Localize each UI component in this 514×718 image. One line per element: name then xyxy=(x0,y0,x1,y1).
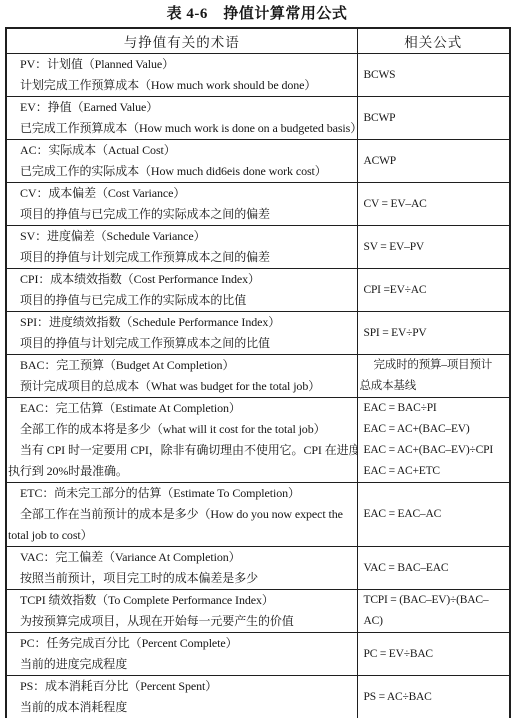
term-line: 当有 CPI 时一定要用 CPI，除非有确切理由不使用它。CPI 在进度 xyxy=(7,440,357,461)
table-row: PV：计划值（Planned Value）计划完成工作预算成本（How much… xyxy=(6,54,510,97)
column-header-formulas: 相关公式 xyxy=(357,28,510,54)
term-cell: TCPI 绩效指数（To Complete Performance Index）… xyxy=(6,590,357,633)
formula-line: ACWP xyxy=(358,151,510,172)
formula-line: 完成时的预算–项目预计 xyxy=(358,355,510,376)
formula-cell: BCWP xyxy=(357,97,510,140)
formula-line: EAC = EAC–AC xyxy=(358,504,510,525)
term-line: TCPI 绩效指数（To Complete Performance Index） xyxy=(7,590,357,611)
term-line: total job to cost） xyxy=(7,525,357,546)
term-cell: ETC：尚未完工部分的估算（Estimate To Completion）全部工… xyxy=(6,483,357,547)
term-line: 项目的挣值与计划完成工作预算成本之间的比值 xyxy=(7,333,357,354)
formula-cell: TCPI = (BAC–EV)÷(BAC–AC) xyxy=(357,590,510,633)
term-line: PV：计划值（Planned Value） xyxy=(7,54,357,75)
earned-value-formula-table: 与挣值有关的术语 相关公式 PV：计划值（Planned Value）计划完成工… xyxy=(5,27,511,718)
term-line: 全部工作的成本将是多少（what will it cost for the to… xyxy=(7,419,357,440)
term-line: 为按预算完成项目，从现在开始每一元要产生的价值 xyxy=(7,611,357,632)
term-line: ETC：尚未完工部分的估算（Estimate To Completion） xyxy=(7,483,357,504)
term-line: 当前的进度完成程度 xyxy=(7,654,357,675)
term-line: CPI：成本绩效指数（Cost Performance Index） xyxy=(7,269,357,290)
term-cell: EAC：完工估算（Estimate At Completion）全部工作的成本将… xyxy=(6,398,357,483)
formula-line: BCWS xyxy=(358,65,510,86)
term-line: EV：挣值（Earned Value） xyxy=(7,97,357,118)
term-line: 项目的挣值与已完成工作的实际成本之间的偏差 xyxy=(7,204,357,225)
formula-cell: SV = EV–PV xyxy=(357,226,510,269)
formula-line: EAC = AC+ETC xyxy=(358,461,510,482)
formula-line: CPI =EV÷AC xyxy=(358,280,510,301)
formula-cell: VAC = BAC–EAC xyxy=(357,547,510,590)
term-line: CV：成本偏差（Cost Variance） xyxy=(7,183,357,204)
table-row: VAC：完工偏差（Variance At Completion）按照当前预计，项… xyxy=(6,547,510,590)
term-cell: BAC：完工预算（Budget At Completion）预计完成项目的总成本… xyxy=(6,355,357,398)
formula-line: SV = EV–PV xyxy=(358,237,510,258)
formula-cell: 完成时的预算–项目预计总成本基线 xyxy=(357,355,510,398)
formula-line: AC) xyxy=(358,611,510,632)
formula-cell: CV = EV–AC xyxy=(357,183,510,226)
formula-cell: EAC = BAC÷PIEAC = AC+(BAC–EV)EAC = AC+(B… xyxy=(357,398,510,483)
term-line: 预计完成项目的总成本（What was budget for the total… xyxy=(7,376,357,397)
term-line: SV：进度偏差（Schedule Variance） xyxy=(7,226,357,247)
term-cell: AC：实际成本（Actual Cost）已完成工作的实际成本（How much … xyxy=(6,140,357,183)
table-body: PV：计划值（Planned Value）计划完成工作预算成本（How much… xyxy=(6,54,510,718)
term-cell: CPI：成本绩效指数（Cost Performance Index）项目的挣值与… xyxy=(6,269,357,312)
table-row: CPI：成本绩效指数（Cost Performance Index）项目的挣值与… xyxy=(6,269,510,312)
term-cell: CV：成本偏差（Cost Variance）项目的挣值与已完成工作的实际成本之间… xyxy=(6,183,357,226)
term-line: PS：成本消耗百分比（Percent Spent） xyxy=(7,676,357,697)
formula-cell: PS = AC÷BAC xyxy=(357,676,510,718)
column-header-terms: 与挣值有关的术语 xyxy=(6,28,357,54)
document-page: 表 4-6 挣值计算常用公式 与挣值有关的术语 相关公式 PV：计划值（Plan… xyxy=(0,0,514,718)
term-line: VAC：完工偏差（Variance At Completion） xyxy=(7,547,357,568)
formula-line: EAC = AC+(BAC–EV) xyxy=(358,419,510,440)
term-line: 已完成工作的实际成本（How much did6eis done work co… xyxy=(7,161,357,182)
table-row: SPI：进度绩效指数（Schedule Performance Index）项目… xyxy=(6,312,510,355)
formula-line: EAC = AC+(BAC–EV)÷CPI xyxy=(358,440,510,461)
table-row: PC：任务完成百分比（Percent Complete）当前的进度完成程度PC … xyxy=(6,633,510,676)
formula-line: 总成本基线 xyxy=(358,376,510,397)
table-row: SV：进度偏差（Schedule Variance）项目的挣值与计划完成工作预算… xyxy=(6,226,510,269)
formula-line: VAC = BAC–EAC xyxy=(358,558,510,579)
table-row: BAC：完工预算（Budget At Completion）预计完成项目的总成本… xyxy=(6,355,510,398)
formula-cell: EAC = EAC–AC xyxy=(357,483,510,547)
term-line: 执行到 20%时最准确。 xyxy=(7,461,357,482)
formula-cell: BCWS xyxy=(357,54,510,97)
term-line: BAC：完工预算（Budget At Completion） xyxy=(7,355,357,376)
table-row: AC：实际成本（Actual Cost）已完成工作的实际成本（How much … xyxy=(6,140,510,183)
term-cell: PS：成本消耗百分比（Percent Spent）当前的成本消耗程度 xyxy=(6,676,357,718)
header-row: 与挣值有关的术语 相关公式 xyxy=(6,28,510,54)
table-row: EV：挣值（Earned Value）已完成工作预算成本（How much wo… xyxy=(6,97,510,140)
term-cell: PV：计划值（Planned Value）计划完成工作预算成本（How much… xyxy=(6,54,357,97)
term-line: 项目的挣值与计划完成工作预算成本之间的偏差 xyxy=(7,247,357,268)
term-line: 已完成工作预算成本（How much work is done on a bud… xyxy=(7,118,357,139)
formula-cell: SPI = EV÷PV xyxy=(357,312,510,355)
table-row: CV：成本偏差（Cost Variance）项目的挣值与已完成工作的实际成本之间… xyxy=(6,183,510,226)
table-caption: 表 4-6 挣值计算常用公式 xyxy=(0,0,514,25)
term-line: AC：实际成本（Actual Cost） xyxy=(7,140,357,161)
term-cell: EV：挣值（Earned Value）已完成工作预算成本（How much wo… xyxy=(6,97,357,140)
term-line: SPI：进度绩效指数（Schedule Performance Index） xyxy=(7,312,357,333)
formula-cell: ACWP xyxy=(357,140,510,183)
term-line: EAC：完工估算（Estimate At Completion） xyxy=(7,398,357,419)
formula-line: BCWP xyxy=(358,108,510,129)
table-row: ETC：尚未完工部分的估算（Estimate To Completion）全部工… xyxy=(6,483,510,547)
formula-line: EAC = BAC÷PI xyxy=(358,398,510,419)
table-row: TCPI 绩效指数（To Complete Performance Index）… xyxy=(6,590,510,633)
term-line: 项目的挣值与已完成工作的实际成本的比值 xyxy=(7,290,357,311)
table-row: EAC：完工估算（Estimate At Completion）全部工作的成本将… xyxy=(6,398,510,483)
formula-cell: CPI =EV÷AC xyxy=(357,269,510,312)
term-cell: SPI：进度绩效指数（Schedule Performance Index）项目… xyxy=(6,312,357,355)
term-line: 计划完成工作预算成本（How much work should be done） xyxy=(7,75,357,96)
term-cell: VAC：完工偏差（Variance At Completion）按照当前预计，项… xyxy=(6,547,357,590)
term-line: 当前的成本消耗程度 xyxy=(7,697,357,718)
term-line: PC：任务完成百分比（Percent Complete） xyxy=(7,633,357,654)
term-cell: PC：任务完成百分比（Percent Complete）当前的进度完成程度 xyxy=(6,633,357,676)
term-cell: SV：进度偏差（Schedule Variance）项目的挣值与计划完成工作预算… xyxy=(6,226,357,269)
formula-line: PS = AC÷BAC xyxy=(358,687,510,708)
formula-cell: PC = EV÷BAC xyxy=(357,633,510,676)
term-line: 按照当前预计，项目完工时的成本偏差是多少 xyxy=(7,568,357,589)
formula-line: TCPI = (BAC–EV)÷(BAC– xyxy=(358,590,510,611)
formula-line: PC = EV÷BAC xyxy=(358,644,510,665)
formula-line: SPI = EV÷PV xyxy=(358,323,510,344)
formula-line: CV = EV–AC xyxy=(358,194,510,215)
term-line: 全部工作在当前预计的成本是多少（How do you now expect th… xyxy=(7,504,357,525)
table-row: PS：成本消耗百分比（Percent Spent）当前的成本消耗程度PS = A… xyxy=(6,676,510,718)
